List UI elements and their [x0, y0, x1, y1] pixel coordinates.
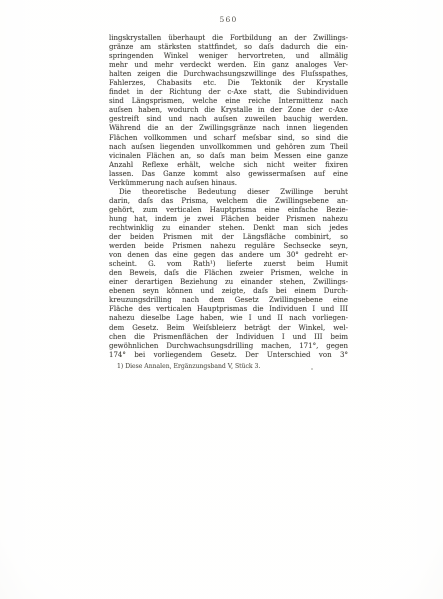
text-line: der beiden Prismen mit der Längsfläche c… [109, 233, 348, 242]
text-line: nahezu dieselbe Lage haben, wie I und II… [109, 314, 348, 323]
text-line: springenden Winkel weniger hervortreten,… [109, 52, 348, 61]
text-line: nach auſsen liegenden unvollkommen und g… [109, 143, 348, 152]
text-line: gewöhnlichen Durchwachsungsdrilling mach… [109, 342, 348, 351]
text-line: findet in der Richtung der c-Axe statt, … [109, 88, 348, 97]
text-line: vicinalen Flächen an, so daſs man beim M… [109, 152, 348, 161]
text-line: werden beide Prismen nahezu reguläre Sec… [109, 242, 348, 251]
text-line: Während die an der Zwillingsgränze nach … [109, 124, 348, 133]
text-line: den Beweis, daſs die Flächen zweier Pris… [109, 269, 348, 278]
text-line: gränze am stärksten stattfindet, so daſs… [109, 43, 348, 52]
text-line: darin, daſs das Prisma, welchem die Zwil… [109, 197, 348, 206]
text-line: chen die Prismenflächen der Individuen I… [109, 333, 348, 342]
scanned-page: 560 lingskrystallen überhaupt die Fortbi… [0, 0, 443, 599]
text-line: lingskrystallen überhaupt die Fortbildun… [109, 34, 348, 43]
text-line: auſsen haben, wodurch die Krystalle in d… [109, 106, 348, 115]
text-line: mehr und mehr verdeckt werden. Ein ganz … [109, 61, 348, 70]
footnote: 1) Diese Annalen, Ergänzungsband V, Stüc… [117, 363, 348, 370]
text-line: Anzahl Reflexe erhält, welche sich nicht… [109, 161, 348, 170]
text-line: scheint. G. vom Rath¹) lieferte zuerst b… [109, 260, 348, 269]
text-line: kreuzungsdrilling nach dem Gesetz Zwilli… [109, 296, 348, 305]
text-line: dem Gesetz. Beim Weiſsbleierz beträgt de… [109, 324, 348, 333]
text-line: gestreift sind und nach auſsen zuweilen … [109, 115, 348, 124]
text-line: Die theoretische Bedeutung dieser Zwilli… [109, 188, 348, 197]
text-line: Flächen vollkommen und scharf meſsbar si… [109, 134, 348, 143]
text-line: ebenen seyn können und zeigte, daſs bei … [109, 287, 348, 296]
text-block: lingskrystallen überhaupt die Fortbildun… [109, 34, 348, 360]
text-line: lassen. Das Ganze kommt also gewissermaſ… [109, 170, 348, 179]
text-line: von denen das eine gegen das andere um 3… [109, 251, 348, 260]
text-line: gehört, zum verticalen Hauptprisma eine … [109, 206, 348, 215]
text-line: sind Längsprismen, welche eine reiche In… [109, 97, 348, 106]
text-line: halten zeigen die Durchwachsungszwilling… [109, 70, 348, 79]
text-line: hung hat, indem je zwei Flächen beider P… [109, 215, 348, 224]
scan-speck [311, 368, 313, 370]
text-line: rechtwinklig zu einander stehen. Denkt m… [109, 224, 348, 233]
page-number: 560 [109, 15, 348, 24]
text-line: Verkümmerung nach auſsen hinaus. [109, 179, 348, 188]
text-line: 174° bei vorliegendem Gesetz. Der Unters… [109, 351, 348, 360]
text-line: Fahlerzes, Chabasits etc. Die Tektonik d… [109, 79, 348, 88]
text-line: Fläche des verticalen Hauptprismas die I… [109, 305, 348, 314]
text-line: einer derartigen Beziehung zu einander s… [109, 278, 348, 287]
